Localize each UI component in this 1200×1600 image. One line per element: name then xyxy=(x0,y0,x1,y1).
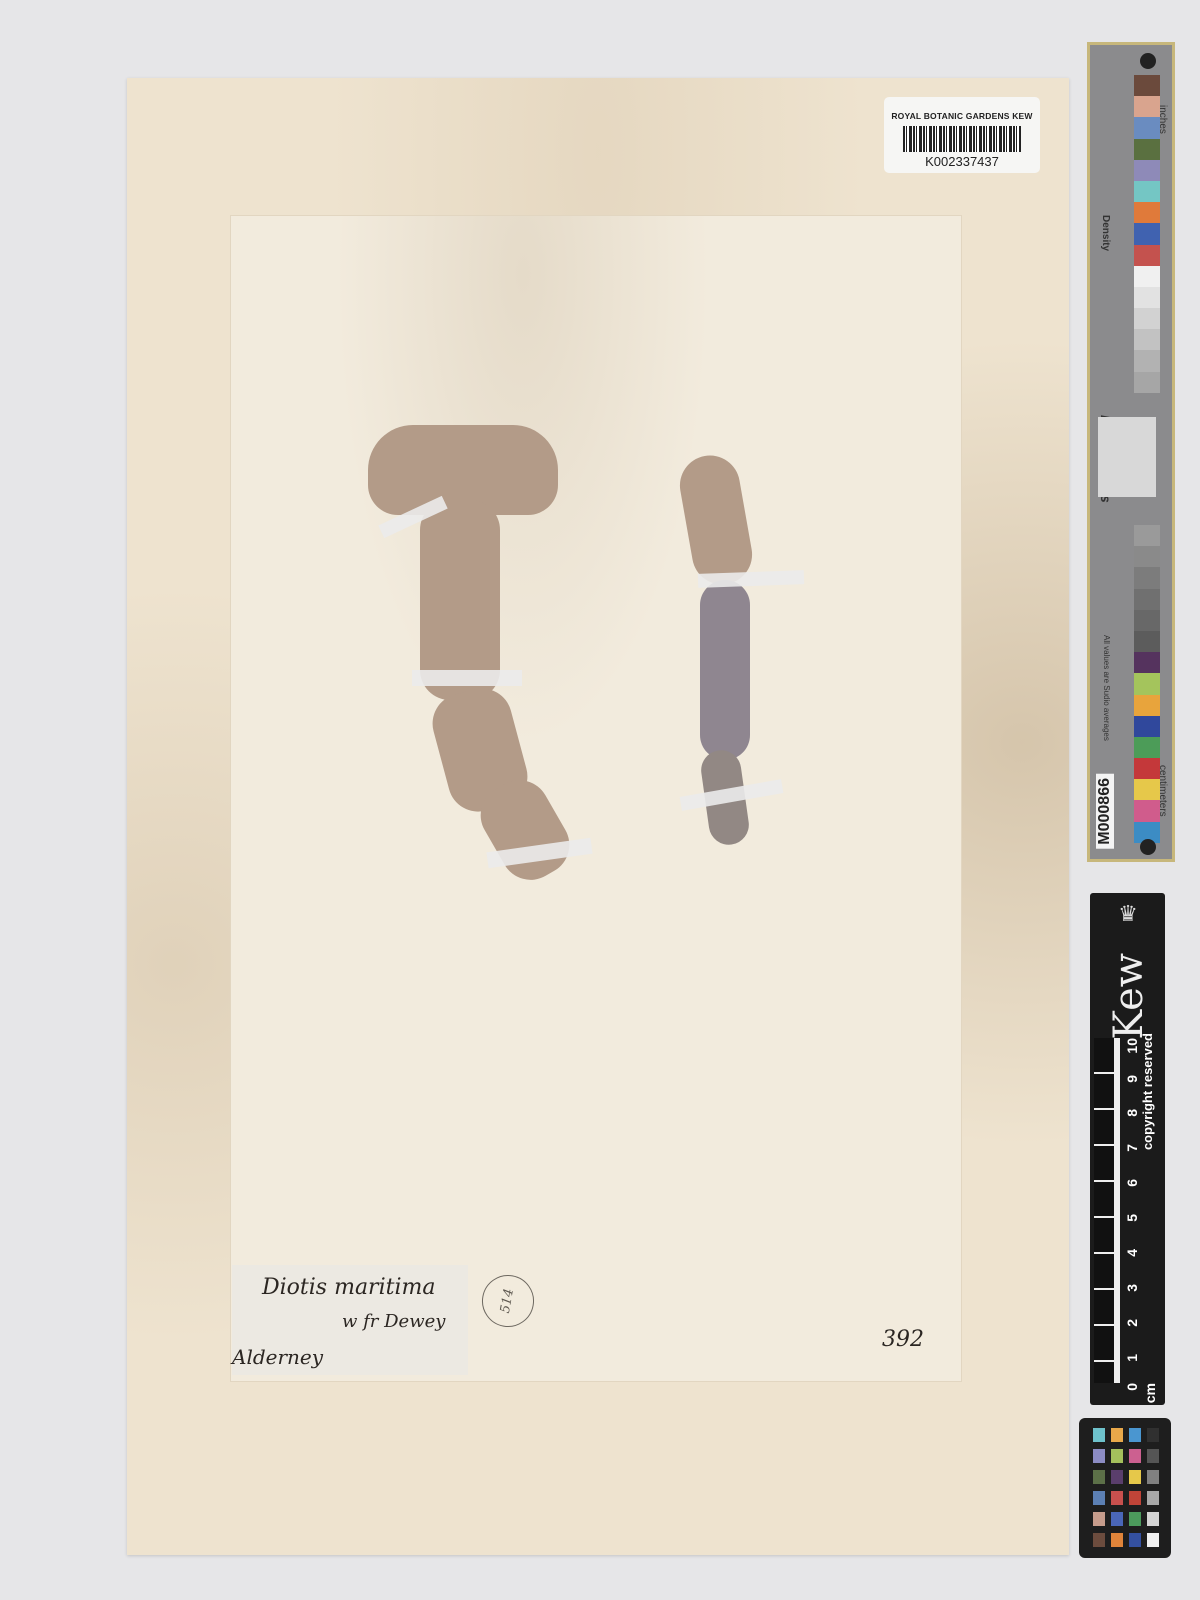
grey-target xyxy=(1098,417,1156,497)
unit-label: cm xyxy=(1142,1383,1158,1403)
color-scale-bar: inches Density Don Williams All values a… xyxy=(1087,42,1175,862)
tick-3: 3 xyxy=(1124,1284,1140,1292)
taxon-name: Diotis maritima xyxy=(262,1275,435,1300)
institution-name: ROYAL BOTANIC GARDENS KEW xyxy=(884,111,1040,121)
registration-dot-icon xyxy=(1140,53,1156,69)
specimen-paper xyxy=(230,215,962,1382)
crest-icon: ♛ xyxy=(1112,901,1144,931)
tick-6: 6 xyxy=(1124,1179,1140,1187)
tick-0: 0 xyxy=(1124,1383,1140,1391)
tick-2: 2 xyxy=(1124,1319,1140,1327)
sheet-number: 392 xyxy=(882,1327,924,1352)
tick-10: 10 xyxy=(1124,1038,1140,1054)
barcode-icon xyxy=(903,126,1021,152)
collector-note: w fr Dewey xyxy=(342,1311,445,1332)
barcode-number: K002337437 xyxy=(884,154,1040,169)
catalog-number: M000866 xyxy=(1096,774,1114,849)
tick-8: 8 xyxy=(1124,1109,1140,1117)
barcode-label: ROYAL BOTANIC GARDENS KEW K002337437 xyxy=(884,97,1040,173)
tick-5: 5 xyxy=(1124,1214,1140,1222)
scale-note: All values are Sudio averages xyxy=(1102,635,1111,741)
color-checker-card xyxy=(1079,1418,1171,1558)
patches-bottom xyxy=(1134,525,1160,843)
tick-4: 4 xyxy=(1124,1249,1140,1257)
kew-logo: Kew xyxy=(1106,953,1152,1040)
locality: Alderney xyxy=(232,1345,323,1369)
specimen-label: Diotis maritima w fr Dewey Alderney xyxy=(232,1265,468,1375)
patches-top xyxy=(1134,75,1160,393)
registration-dot-icon xyxy=(1140,839,1156,855)
tick-7: 7 xyxy=(1124,1144,1140,1152)
copyright-text: copyright reserved xyxy=(1140,1033,1155,1150)
density-label: Density xyxy=(1100,215,1111,251)
kew-ruler: ♛ Kew copyright reserved 10 9 8 7 6 5 4 … xyxy=(1090,893,1165,1405)
tick-1: 1 xyxy=(1124,1354,1140,1362)
tick-9: 9 xyxy=(1124,1075,1140,1083)
